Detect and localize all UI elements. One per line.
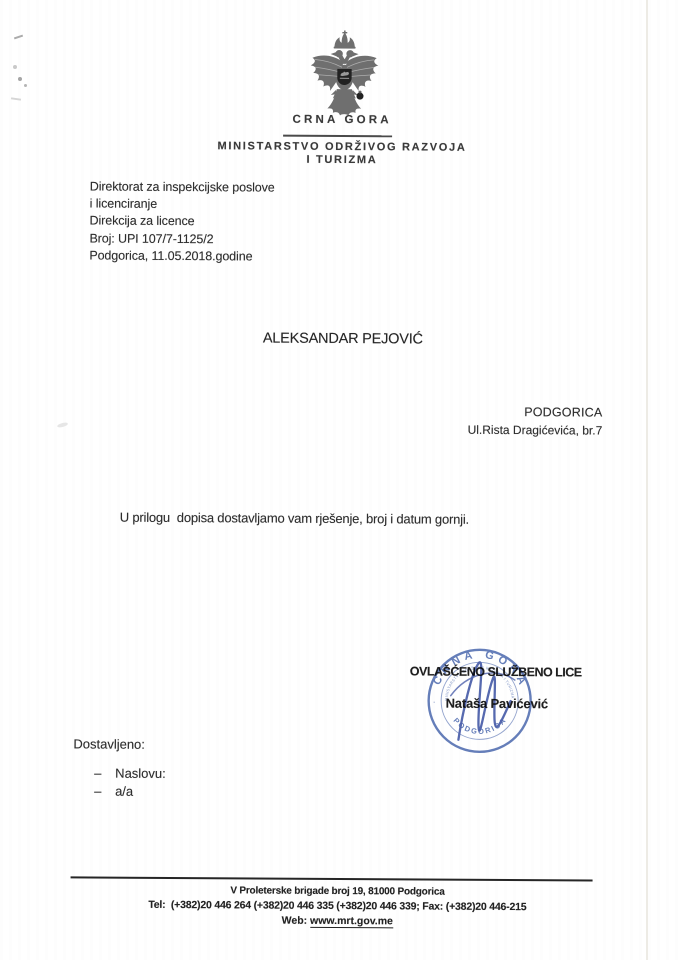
meta-line-directorate: Direktorat za inspekcijske poslove	[90, 178, 275, 196]
distribution-item-aa: a/a	[115, 784, 133, 799]
meta-line-case-number: Broj: UPI 107/7-1125/2	[89, 230, 274, 248]
footer-contact: Tel: (+382)20 446 264 (+382)20 446 335 (…	[57, 898, 617, 913]
document-content: CRNA GORA MINISTARSTVO ODRŽIVOG RAZVOJA …	[0, 0, 679, 960]
meta-line-licensing: i licenciranje	[90, 196, 275, 214]
scan-speck	[13, 65, 17, 69]
montenegro-coat-of-arms-icon	[306, 30, 383, 123]
footer-web-label: Web:	[282, 915, 308, 927]
footer-divider	[71, 876, 593, 881]
recipient-name: ALEKSANDAR PEJOVIĆ	[263, 331, 423, 348]
footer-web-url: www.mrt.gov.me	[310, 915, 393, 929]
distribution-label: Dostavljeno:	[73, 736, 145, 751]
official-round-stamp: CRNA GORA MINISTARSTVO ODRŽIVOG RAZVOJA …	[424, 646, 535, 757]
ministry-name-line1: MINISTARSTVO ODRŽIVOG RAZVOJA	[167, 140, 517, 154]
svg-text:·: ·	[524, 697, 527, 707]
scan-speck	[24, 84, 27, 87]
ministry-name-line2: I TURIZMA	[167, 153, 517, 167]
header-divider	[283, 135, 392, 138]
footer-address: V Proleterske brigade broj 19, 81000 Pod…	[57, 884, 617, 898]
list-dash: –	[94, 784, 101, 799]
scanned-letter-page: CRNA GORA MINISTARSTVO ODRŽIVOG RAZVOJA …	[0, 0, 679, 960]
distribution-item-naslovu: Naslovu:	[115, 766, 166, 781]
letter-body-paragraph: U prilogu dopisa dostavljamo vam rješenj…	[120, 510, 469, 527]
scan-edge-line	[646, 0, 648, 960]
footer-web-line: Web: www.mrt.gov.me	[57, 913, 617, 928]
recipient-street: Ul.Rista Dragićevića, br.7	[340, 422, 602, 438]
recipient-address-block: PODGORICA Ul.Rista Dragićevića, br.7	[340, 404, 602, 438]
svg-text:·: ·	[433, 697, 436, 707]
meta-line-direction: Direkcija za licence	[90, 213, 275, 231]
meta-line-date: Podgorica, 11.05.2018.godine	[89, 247, 274, 265]
sender-meta-block: Direktorat za inspekcijske poslove i lic…	[89, 178, 274, 265]
scan-speck	[18, 77, 22, 81]
list-dash: –	[94, 766, 101, 781]
recipient-city: PODGORICA	[340, 404, 602, 420]
country-title: CRNA GORA	[217, 113, 467, 127]
